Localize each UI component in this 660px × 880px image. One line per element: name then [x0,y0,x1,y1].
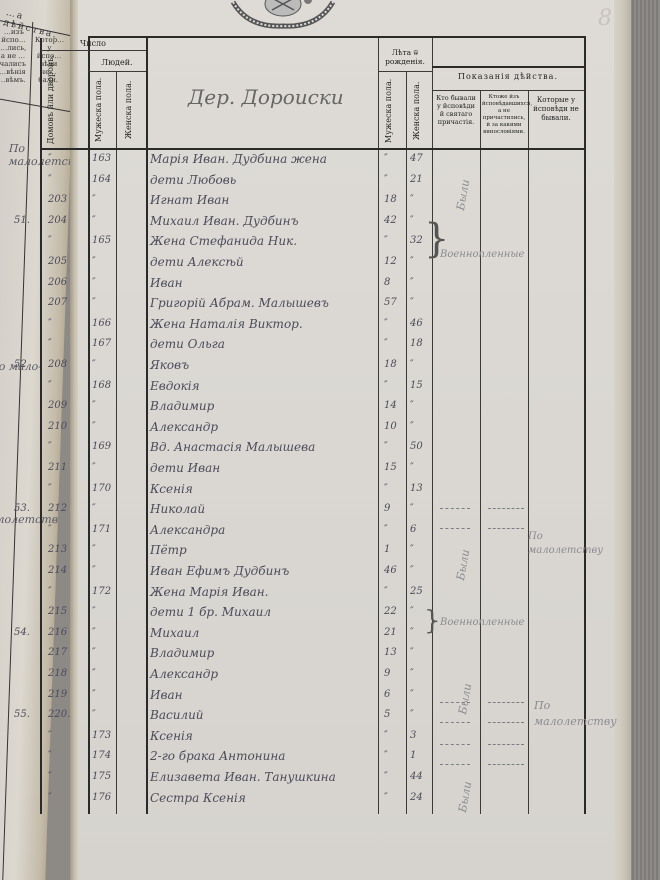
ditto-dash [440,764,470,765]
annotation-underage-1: По малолетству [528,530,584,558]
person-name: дети Алексѣй [150,255,244,269]
household-number: 55. [14,708,30,722]
age-male: ″ [384,791,388,805]
age-female: 44 [410,770,423,784]
person-name: Жена Наталія Виктор. [150,317,303,331]
annotation-pows-2: Военнопленные [440,616,524,630]
col-divider-actions-3 [528,90,529,814]
male-number: 203 [48,193,67,207]
male-number: 206 [48,276,67,290]
age-female: 47 [410,152,423,166]
female-number: ″ [92,667,96,681]
person-name: Жена Марія Иван. [150,585,269,599]
male-number: 204 [48,214,67,228]
age-male: 10 [384,420,397,434]
age-male: ″ [384,234,388,248]
male-number: ″ [48,770,52,784]
col-divider-age [378,38,379,814]
age-female: 1 [410,749,416,763]
header-confessed: Кто бывали у йсповѣди й святаго причасті… [434,94,478,126]
age-male: ″ [384,523,388,537]
person-name: Елизавета Иван. Танушкина [150,770,336,784]
person-name: Игнат Иван [150,193,229,207]
female-number: 170 [92,482,111,496]
male-number: 210 [48,420,67,434]
female-number: 176 [92,791,111,805]
age-female: ″ [410,461,414,475]
male-number: 212 [48,502,67,516]
annotation-were-present-3: Были [456,682,475,715]
person-name: Пётр [150,543,187,557]
age-female: 13 [410,482,423,496]
person-name: дети Ольга [150,337,225,351]
female-number: ″ [92,461,96,475]
person-name: дети 1 бр. Михаил [150,605,271,619]
col-divider-households [116,71,117,814]
female-number: 172 [92,585,111,599]
female-number: 163 [92,152,111,166]
age-male: 5 [384,708,390,722]
male-number: 213 [48,543,67,557]
ditto-dash [488,702,524,703]
male-number: ″ [48,152,52,166]
household-number: 51. [14,214,30,228]
age-male: 8 [384,276,390,290]
ditto-dash [488,528,524,529]
female-number: ″ [92,358,96,372]
age-female: ″ [410,502,414,516]
age-male: 21 [384,626,397,640]
male-number: 208 [48,358,67,372]
col-divider-age-sex [406,71,407,814]
age-female: 32 [410,234,423,248]
female-number: ″ [92,296,96,310]
male-number: 215 [48,605,67,619]
age-male: 13 [384,646,397,660]
female-number: ″ [92,564,96,578]
person-name: Александр [150,420,218,434]
left-page-column-1: …изъ йспо… …лись, а не …чалисъ …вѣнія …в… [0,28,29,84]
person-name: Сестра Ксенія [150,791,246,805]
age-female: ″ [410,255,414,269]
female-number: ″ [92,626,96,640]
ditto-dash [488,764,524,765]
age-female: 50 [410,440,423,454]
age-female: 6 [410,523,416,537]
male-number: ″ [48,379,52,393]
age-female: 25 [410,585,423,599]
header-female: Женска пола. [124,76,140,144]
age-female: ″ [410,296,414,310]
age-female: ″ [410,276,414,290]
age-male: 1 [384,543,390,557]
hrule-number-group [40,50,146,51]
male-number: ″ [48,749,52,763]
age-male: ″ [384,440,388,454]
person-name: Яковъ [150,358,189,372]
age-female: ″ [410,420,414,434]
col-divider-actions [432,38,433,814]
age-female: ″ [410,605,414,619]
age-female: 18 [410,337,423,351]
person-name: Михаил [150,626,199,640]
female-number: ″ [92,605,96,619]
col-divider-actions-2 [480,90,481,814]
age-male: ″ [384,482,388,496]
female-number: ″ [92,399,96,413]
female-number: 174 [92,749,111,763]
imperial-crest-icon [228,0,338,34]
age-male: 9 [384,667,390,681]
table-left-border [88,38,90,814]
male-number: 218 [48,667,67,681]
header-households: Домовъ йли дворовъ. [46,60,66,144]
age-male: ″ [384,152,388,166]
ditto-dash [440,528,470,529]
header-confession-group: Показанія дѣйства. [432,72,584,81]
person-name: Григорій Абрам. Малышевъ [150,296,329,310]
left-page-margin-note: По малолетству [8,142,69,168]
age-male: 12 [384,255,397,269]
male-number: 216 [48,626,67,640]
age-male: 14 [384,399,397,413]
age-female: ″ [410,358,414,372]
female-number: ″ [92,688,96,702]
female-number: 173 [92,729,111,743]
header-male: Мужеска пола. [94,76,110,144]
age-male: ″ [384,749,388,763]
person-name: Николай [150,502,205,516]
desk-background [628,0,660,880]
female-number: 165 [92,234,111,248]
male-number: 214 [48,564,67,578]
female-number: ″ [92,646,96,660]
age-female: 21 [410,173,423,187]
person-name: Марія Иван. Дудбина жена [150,152,327,166]
person-name: дети Любовь [150,173,236,187]
bracket-icon: } [424,606,441,636]
age-female: 3 [410,729,416,743]
hrule-age-group [378,71,432,72]
ditto-dash [440,702,470,703]
age-female: ″ [410,667,414,681]
female-number: 169 [92,440,111,454]
female-number: ″ [92,420,96,434]
register-table: Число Домовъ йли дворовъ. Людей. Мужеска… [88,36,586,814]
person-name: Евдокія [150,379,200,393]
age-male: ″ [384,585,388,599]
age-male: ″ [384,770,388,784]
female-number: 168 [92,379,111,393]
household-number: 53. [14,502,30,516]
age-male: ″ [384,317,388,331]
age-male: ″ [384,729,388,743]
male-number: 220. [48,708,70,722]
female-number: ″ [92,502,96,516]
age-male: 15 [384,461,397,475]
header-not-confessed: Которые у йсповѣди не бывали. [530,96,582,123]
person-name: дети Иван [150,461,220,475]
person-name: Василий [150,708,204,722]
age-female: ″ [410,193,414,207]
age-female: ″ [410,399,414,413]
female-number: 167 [92,337,111,351]
female-number: ″ [92,214,96,228]
annotation-underage-2: По малолетству [534,698,584,730]
annotation-were-present: Были [454,178,473,211]
person-name: Ксенія [150,482,193,496]
header-age-group: Лѣта ѿ рожденія. [378,48,432,66]
female-number: ″ [92,193,96,207]
ditto-dash [440,744,470,745]
person-name: Иван Ефимъ Дудбинъ [150,564,289,578]
male-number: 207 [48,296,67,310]
header-village-name: Дер. Дороиски [188,86,344,108]
female-number: 166 [92,317,111,331]
person-name: Александр [150,667,218,681]
ditto-dash [488,744,524,745]
male-number: ″ [48,523,52,537]
age-female: ″ [410,214,414,228]
age-male: 18 [384,193,397,207]
col-divider-number [146,38,148,814]
female-number: 164 [92,173,111,187]
age-male: 42 [384,214,397,228]
header-bottom-rule [40,148,584,150]
person-name: Владимир [150,399,214,413]
age-male: ″ [384,337,388,351]
female-number: ″ [92,255,96,269]
register-page: 8 Число Домовъ йли дворовъ. Людей. Мужес… [78,0,614,880]
male-number: ″ [48,317,52,331]
hrule-people-group [88,71,146,72]
age-female: ″ [410,646,414,660]
header-people-group: Людей. [88,58,146,67]
folio-number: 8 [598,6,612,31]
person-name: Ксенія [150,729,193,743]
household-number: 52 [14,358,27,372]
age-male: 18 [384,358,397,372]
male-number: 219 [48,688,67,702]
person-name: Вд. Анастасія Малышева [150,440,315,454]
male-number: 217 [48,646,67,660]
age-female: 24 [410,791,423,805]
hrule-actions-group [432,66,584,68]
header-age-female: Женска пола. [412,78,428,144]
person-name: Жена Стефанида Ник. [150,234,297,248]
header-confessed-not-communed: Ктоже йзъ йсповѣдавшихся, а не причастил… [482,94,526,136]
age-female: 46 [410,317,423,331]
male-number: 209 [48,399,67,413]
age-male: 57 [384,296,397,310]
annotation-were-present-2: Были [454,548,473,581]
annotation-were-present-4: Были [456,780,475,813]
person-name: Михаил Иван. Дудбинъ [150,214,299,228]
male-number: ″ [48,585,52,599]
age-female: 15 [410,379,423,393]
age-male: 6 [384,688,390,702]
ditto-dash [440,722,470,723]
age-female: ″ [410,543,414,557]
page-stack-edge [612,0,631,880]
male-number: ″ [48,337,52,351]
age-female: ″ [410,688,414,702]
annotation-pows-1: Военнопленные [440,248,524,262]
person-name: Иван [150,688,183,702]
male-number: 205 [48,255,67,269]
age-female: ″ [410,708,414,722]
male-number: 211 [48,461,67,475]
male-number: ″ [48,440,52,454]
household-number: 54. [14,626,30,640]
age-male: ″ [384,379,388,393]
age-male: ″ [384,173,388,187]
person-name: Иван [150,276,183,290]
hrule-actions-sub [432,90,584,91]
ditto-dash [488,508,524,509]
age-female: ″ [410,564,414,578]
person-name: Владимир [150,646,214,660]
ditto-dash [488,722,524,723]
age-female: ″ [410,626,414,640]
female-number: ″ [92,543,96,557]
female-number: ″ [92,276,96,290]
number-col-left-border [40,38,42,814]
ditto-dash [440,508,470,509]
female-number: 171 [92,523,111,537]
male-number: ″ [48,482,52,496]
male-number: ″ [48,173,52,187]
male-number: ″ [48,791,52,805]
female-number: ″ [92,708,96,722]
male-number: ″ [48,729,52,743]
male-number: ″ [48,234,52,248]
header-number-group: Число [40,39,146,48]
person-name: 2-го брака Антонина [150,749,285,763]
person-name: Александра [150,523,225,537]
age-male: 46 [384,564,397,578]
female-number: 175 [92,770,111,784]
age-male: 22 [384,605,397,619]
age-male: 9 [384,502,390,516]
header-age-male: Мужеска пола. [384,78,400,144]
